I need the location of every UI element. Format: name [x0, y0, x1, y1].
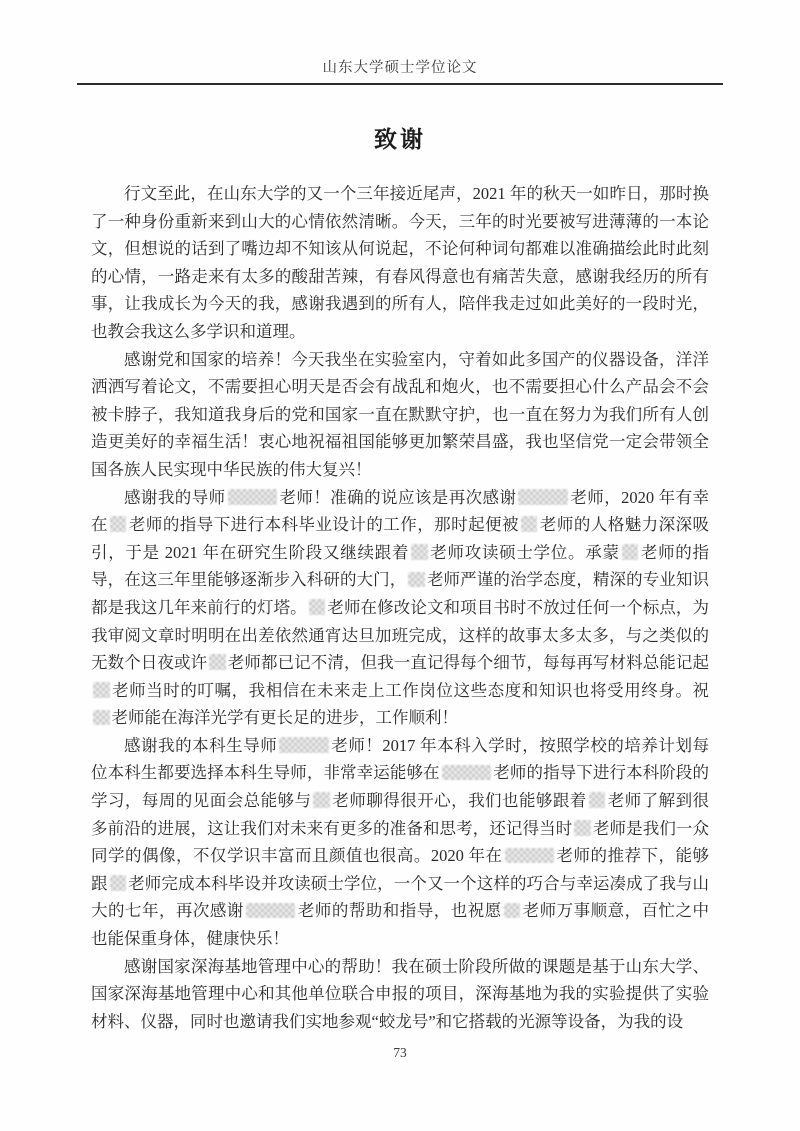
header-rule	[77, 83, 723, 85]
redacted-name	[504, 903, 521, 919]
redacted-name	[309, 599, 326, 615]
redacted-name	[589, 792, 606, 808]
redacted-name	[228, 489, 278, 505]
paragraph: 感谢党和国家的培养！今天我坐在实验室内，守着如此多国产的仪器设备，洋洋洒洒写着论…	[91, 346, 709, 484]
redacted-name	[110, 516, 127, 532]
redacted-name	[313, 792, 330, 808]
redacted-name	[442, 765, 492, 781]
redacted-name	[279, 737, 329, 753]
redacted-name	[521, 516, 538, 532]
redacted-name	[93, 682, 110, 698]
redacted-name	[518, 489, 568, 505]
thesis-page: 山东大学硕士学位论文 致谢 行文至此，在山东大学的又一个三年接近尾声，2021 …	[0, 0, 800, 1131]
paragraph: 感谢我的本科生导师老师！2017 年本科入学时，按照学校的培养计划每位本科生都要…	[91, 732, 709, 953]
redacted-name	[574, 820, 591, 836]
redacted-name	[246, 903, 296, 919]
redacted-name	[411, 544, 428, 560]
paragraph: 感谢我的导师老师！准确的说应该是再次感谢老师，2020 年有幸在老师的指导下进行…	[91, 484, 709, 732]
redacted-name	[110, 875, 127, 891]
running-header: 山东大学硕士学位论文	[0, 0, 800, 77]
redacted-name	[408, 572, 425, 588]
redacted-name	[622, 544, 639, 560]
page-header: 山东大学硕士学位论文	[0, 0, 800, 85]
redacted-name	[209, 654, 226, 670]
page-title: 致谢	[0, 121, 800, 154]
paragraph: 行文至此，在山东大学的又一个三年接近尾声，2021 年的秋天一如昨日，那时换了一…	[91, 180, 709, 346]
redacted-name	[505, 848, 555, 864]
paragraph: 感谢国家深海基地管理中心的帮助！我在硕士阶段所做的课题是基于山东大学、国家深海基…	[91, 953, 709, 1036]
redacted-name	[93, 710, 110, 726]
acknowledgement-body: 行文至此，在山东大学的又一个三年接近尾声，2021 年的秋天一如昨日，那时换了一…	[91, 180, 709, 1035]
page-number: 73	[0, 1045, 800, 1061]
